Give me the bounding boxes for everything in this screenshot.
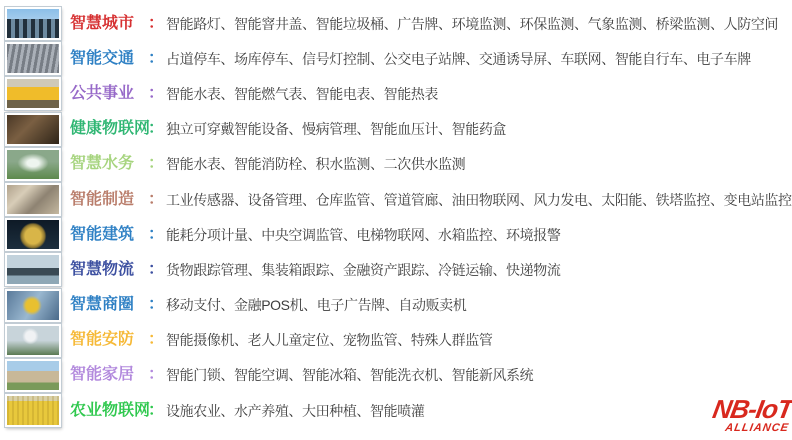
category-items: 智能水表、智能燃气表、智能电表、智能热表 (166, 87, 438, 101)
category-items: 智能路灯、智能窨井盖、智能垃圾桶、广告牌、环境监测、环保监测、气象监测、桥梁监测… (166, 17, 778, 31)
residential-house-thumbnail (5, 359, 61, 392)
label-colon: ： (148, 156, 164, 172)
logo-subtitle: ALLIANCE (708, 423, 789, 434)
cargo-ship-thumbnail (5, 253, 61, 286)
category-items: 独立可穿戴智能设备、慢病管理、智能血压计、智能药盒 (166, 122, 506, 136)
wheat-field-thumbnail (5, 394, 61, 427)
label-colon: ： (148, 86, 164, 102)
category-label: 智能制造 (70, 192, 148, 208)
category-label: 农业物联网 (70, 403, 148, 419)
row-smart-water: 智慧水务 ： 智能水表、智能消防栓、积水监测、二次供水监测 (5, 147, 792, 182)
category-label: 智慧水务 (70, 156, 148, 172)
category-label: 智能交通 (70, 51, 148, 67)
row-smart-building: 智能建筑 ： 能耗分项计量、中央空调监管、电梯物联网、水箱监控、环境报警 (5, 217, 792, 252)
row-public-utilities: 公共事业 ： 智能水表、智能燃气表、智能电表、智能热表 (5, 76, 792, 111)
healthcare-thumbnail (5, 113, 61, 146)
traffic-aerial-thumbnail (5, 42, 61, 75)
row-smart-retail: 智慧商圈 ： 移动支付、金融POS机、电子广告牌、自动贩卖机 (5, 288, 792, 323)
row-health-iot: 健康物联网 ： 独立可穿戴智能设备、慢病管理、智能血压计、智能药盒 (5, 112, 792, 147)
category-label: 智能安防 (70, 332, 148, 348)
city-skyline-thumbnail (5, 7, 61, 40)
yellow-tram-thumbnail (5, 77, 61, 110)
category-items: 货物跟踪管理、集装箱跟踪、金融资产跟踪、冷链运输、快递物流 (166, 263, 560, 277)
row-smart-logistics: 智慧物流 ： 货物跟踪管理、集装箱跟踪、金融资产跟踪、冷链运输、快递物流 (5, 252, 792, 287)
category-items: 智能门锁、智能空调、智能冰箱、智能洗衣机、智能新风系统 (166, 368, 533, 382)
category-items: 占道停车、场库停车、信号灯控制、公交电子站牌、交通诱导屏、车联网、智能自行车、电… (166, 52, 751, 66)
label-colon: ： (148, 332, 164, 348)
category-items: 设施农业、水产养殖、大田种植、智能喷灌 (166, 404, 424, 418)
nb-iot-alliance-logo: NB-IoT ALLIANCE (708, 396, 792, 434)
row-agriculture-iot: 农业物联网 ： 设施农业、水产养殖、大田种植、智能喷灌 (5, 393, 792, 428)
label-colon: ： (148, 367, 164, 383)
row-smart-security: 智能安防 ： 智能摄像机、老人儿童定位、宠物监管、特殊人群监管 (5, 323, 792, 358)
category-items: 能耗分项计量、中央空调监管、电梯物联网、水箱监控、环境报警 (166, 228, 560, 242)
label-colon: ： (148, 227, 164, 243)
security-camera-thumbnail (5, 324, 61, 357)
row-smart-transport: 智能交通 ： 占道停车、场库停车、信号灯控制、公交电子站牌、交通诱导屏、车联网、… (5, 41, 792, 76)
sprinkler-thumbnail (5, 148, 61, 181)
category-list: 智慧城市 ： 智能路灯、智能窨井盖、智能垃圾桶、广告牌、环境监测、环保监测、气象… (0, 0, 792, 428)
category-label: 公共事业 (70, 86, 148, 102)
shopping-mall-thumbnail (5, 289, 61, 322)
row-smart-home: 智能家居 ： 智能门锁、智能空调、智能冰箱、智能洗衣机、智能新风系统 (5, 358, 792, 393)
label-colon: ： (148, 262, 164, 278)
nb-iot-applications-slide: 智慧城市 ： 智能路灯、智能窨井盖、智能垃圾桶、广告牌、环境监测、环保监测、气象… (0, 0, 792, 440)
manufacturing-thumbnail (5, 183, 61, 216)
label-colon: ： (148, 403, 164, 419)
label-colon: ： (148, 121, 164, 137)
label-colon: ： (148, 51, 164, 67)
category-items: 智能水表、智能消防栓、积水监测、二次供水监测 (166, 157, 465, 171)
category-items: 工业传感器、设备管理、仓库监管、管道管廊、油田物联网、风力发电、太阳能、铁塔监控… (166, 193, 792, 207)
label-colon: ： (148, 297, 164, 313)
category-label: 智能家居 (70, 367, 148, 383)
category-label: 健康物联网 (70, 121, 148, 137)
label-colon: ： (148, 16, 164, 32)
category-label: 智能建筑 (70, 227, 148, 243)
category-items: 智能摄像机、老人儿童定位、宠物监管、特殊人群监管 (166, 333, 492, 347)
row-smart-manufacturing: 智能制造 ： 工业传感器、设备管理、仓库监管、管道管廊、油田物联网、风力发电、太… (5, 182, 792, 217)
logo-wordmark: NB-IoT (711, 396, 792, 422)
category-label: 智慧商圈 (70, 297, 148, 313)
label-colon: ： (148, 192, 164, 208)
smart-building-thumbnail (5, 218, 61, 251)
row-smart-city: 智慧城市 ： 智能路灯、智能窨井盖、智能垃圾桶、广告牌、环境监测、环保监测、气象… (5, 6, 792, 41)
category-label: 智慧物流 (70, 262, 148, 278)
category-items: 移动支付、金融POS机、电子广告牌、自动贩卖机 (166, 298, 466, 312)
category-label: 智慧城市 (70, 16, 148, 32)
